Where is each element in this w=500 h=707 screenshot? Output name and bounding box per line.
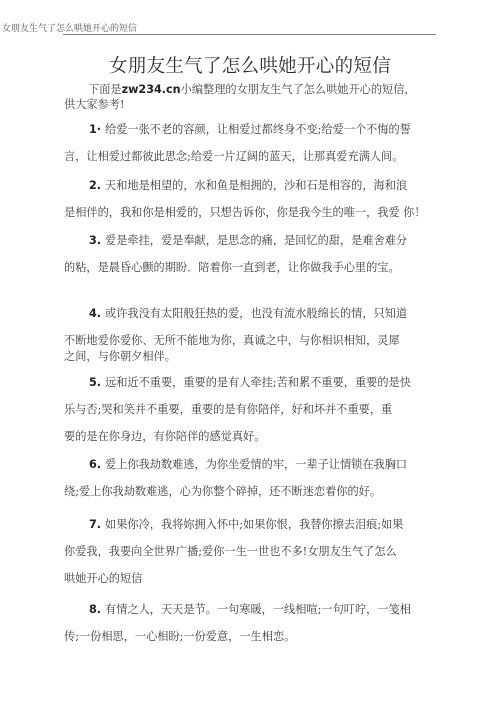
item-number: 8. <box>89 603 101 616</box>
line-text: 或许我没有太阳般狂热的爱，也没有流水般绵长的情，只知道 <box>105 307 407 320</box>
paragraph-line: 你爱我，我要向全世界广播;爱你一生一世也不多!女朋友生气了怎么 <box>64 538 444 565</box>
message-paragraph-8: 8.有情之人，天天是节。一句寒暖，一线相喧;一句叮咛，一笺相 传;一份相思，一心… <box>64 596 444 650</box>
intro-prefix: 下面是 <box>88 83 122 96</box>
line-text: 天和地是相望的，水和鱼是相拥的，沙和石是相容的，海和浪 <box>105 179 407 192</box>
intro-rest: 小编整理的女朋友生气了怎么哄她开心的短信， <box>181 83 416 96</box>
item-number: 7. <box>89 518 101 531</box>
item-number: 5. <box>89 376 101 389</box>
paragraph-line: 言，让相爱过都彼此思念;给爱一片辽阔的蓝天，让那真爱充满人间。 <box>64 143 444 170</box>
document-title: 女朋友生气了怎么哄她开心的短信 <box>0 52 500 78</box>
paragraph-line: 2.天和地是相望的，水和鱼是相拥的，沙和石是相容的，海和浪 <box>64 172 444 199</box>
item-number: 3. <box>89 234 101 247</box>
paragraph-line: 之间，与你朝夕相伴。 <box>64 349 444 365</box>
message-paragraph-3: 3.爱是牵挂，爱是奉献，是思念的痛，是回忆的甜，是难舍难分 的粘，是晨昏心颤的期… <box>64 227 444 281</box>
intro-line-1: 下面是zw234.cn小编整理的女朋友生气了怎么哄她开心的短信， <box>64 82 424 97</box>
message-paragraph-2: 2.天和地是相望的，水和鱼是相拥的，沙和石是相容的，海和浪 是相伴的，我和你是相… <box>64 172 444 226</box>
line-text: 爱上你我劫数难逃，为你坐爱情的牢，一辈子让情锁在我胸口 <box>105 458 407 471</box>
line-text: 远和近不重要，重要的是有人牵挂;苦和累不重要，重要的是快 <box>105 376 411 389</box>
paragraph-line: 4.或许我没有太阳般狂热的爱，也没有流水般绵长的情，只知道 <box>64 300 444 327</box>
item-number: 1· <box>89 123 101 136</box>
item-number: 2. <box>89 179 101 192</box>
paragraph-line: 传;一份相思，一心相盼;一份爱意，一生相恋。 <box>64 623 444 650</box>
message-paragraph-1: 1·给爱一张不老的容颜，让相爱过都终身不变;给爱一个不悔的誓 言，让相爱过都彼此… <box>64 116 444 170</box>
intro-line-2: 供大家参考! <box>64 97 424 112</box>
paragraph-line: 6.爱上你我劫数难逃，为你坐爱情的牢，一辈子让情锁在我胸口 <box>64 451 444 478</box>
paragraph-line: 的粘，是晨昏心颤的期盼．陪着你一直到老，让你做我手心里的宝。 <box>64 254 444 281</box>
paragraph-line: 绕;爱上你我劫数难逃，心为你整个碎掉，还不断迷恋着你的好。 <box>64 478 444 505</box>
paragraph-line: 7.如果你冷，我将妳拥入怀中;如果你恨，我替你擦去泪痕;如果 <box>64 511 444 538</box>
line-text: 有情之人，天天是节。一句寒暖，一线相喧;一句叮咛，一笺相 <box>105 603 411 616</box>
intro-paragraph: 下面是zw234.cn小编整理的女朋友生气了怎么哄她开心的短信， 供大家参考! <box>64 82 424 112</box>
paragraph-line: 乐与否;哭和笑并不重要，重要的是有你陪伴，好和坏并不重要，重 <box>64 396 444 423</box>
line-text: 给爱一张不老的容颜，让相爱过都终身不变;给爱一个不悔的誓 <box>105 123 411 136</box>
message-paragraph-4: 4.或许我没有太阳般狂热的爱，也没有流水般绵长的情，只知道 不断地爱你爱你、无所… <box>64 300 444 365</box>
message-paragraph-6: 6.爱上你我劫数难逃，为你坐爱情的牢，一辈子让情锁在我胸口 绕;爱上你我劫数难逃… <box>64 451 444 505</box>
paragraph-line: 哄她开心的短信 <box>64 565 444 592</box>
header-rule <box>63 34 436 35</box>
paragraph-line: 要的是在你身边，有你陪伴的感觉真好。 <box>64 423 444 450</box>
running-header: 女朋友生气了怎么哄她开心的短信 <box>2 21 137 34</box>
line-text: 如果你冷，我将妳拥入怀中;如果你恨，我替你擦去泪痕;如果 <box>105 518 403 531</box>
paragraph-line: 5.远和近不重要，重要的是有人牵挂;苦和累不重要，重要的是快 <box>64 369 444 396</box>
paragraph-line: 不断地爱你爱你、无所不能地为你，真诚之中，与你相识相知，灵犀 <box>64 333 444 349</box>
paragraph-line: 是相伴的，我和你是相爱的，只想告诉你，你是我今生的唯一，我爱 你！ <box>64 199 444 226</box>
message-paragraph-7: 7.如果你冷，我将妳拥入怀中;如果你恨，我替你擦去泪痕;如果 你爱我，我要向全世… <box>64 511 444 592</box>
paragraph-line: 1·给爱一张不老的容颜，让相爱过都终身不变;给爱一个不悔的誓 <box>64 116 444 143</box>
item-number: 4. <box>89 307 101 320</box>
site-name: zw234.cn <box>122 83 181 96</box>
paragraph-line: 3.爱是牵挂，爱是奉献，是思念的痛，是回忆的甜，是难舍难分 <box>64 227 444 254</box>
message-paragraph-5: 5.远和近不重要，重要的是有人牵挂;苦和累不重要，重要的是快 乐与否;哭和笑并不… <box>64 369 444 450</box>
line-text: 爱是牵挂，爱是奉献，是思念的痛，是回忆的甜，是难舍难分 <box>105 234 407 247</box>
paragraph-line: 8.有情之人，天天是节。一句寒暖，一线相喧;一句叮咛，一笺相 <box>64 596 444 623</box>
item-number: 6. <box>89 458 101 471</box>
